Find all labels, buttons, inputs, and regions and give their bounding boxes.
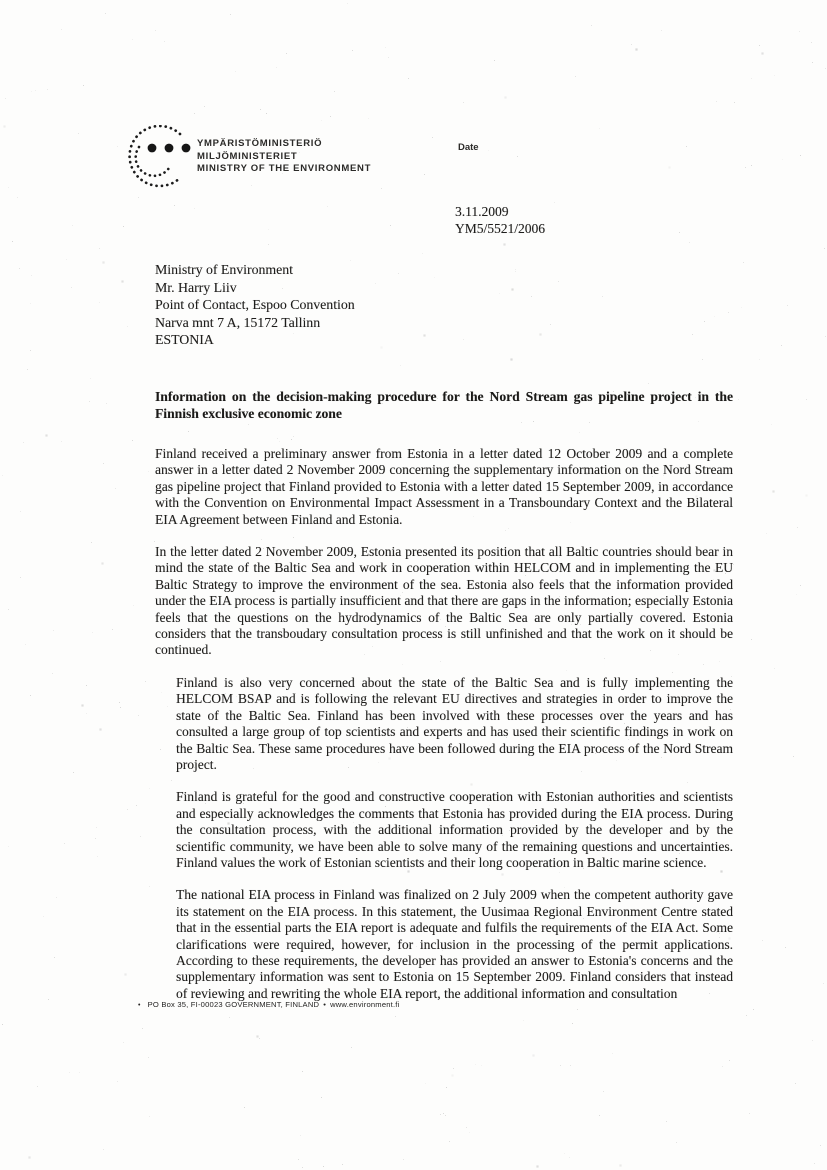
- reference-number: YM5/5521/2006: [455, 221, 545, 238]
- footer-website: www.environment.fi: [330, 1000, 399, 1009]
- footer-bullet-icon: •: [138, 1002, 148, 1009]
- recipient-line: Ministry of Environment: [155, 261, 355, 279]
- body-paragraph-indented: Finland is also very concerned about the…: [176, 675, 733, 773]
- spiral-dots-icon: [117, 125, 203, 193]
- recipient-address: Ministry of Environment Mr. Harry Liiv P…: [155, 261, 355, 349]
- letterhead-footer: •PO Box 35, FI-00023 GOVERNMENT, FINLAND…: [138, 1000, 400, 1009]
- org-name-english: MINISTRY OF THE ENVIRONMENT: [197, 163, 371, 176]
- body-paragraph-indented: The national EIA process in Finland was …: [176, 887, 733, 1002]
- letter-date: 3.11.2009: [455, 204, 545, 221]
- body-paragraph-indented: Finland is grateful for the good and con…: [176, 789, 733, 871]
- recipient-line: Mr. Harry Liiv: [155, 279, 355, 297]
- subject-line: Information on the decision-making proce…: [155, 388, 733, 422]
- recipient-line: Point of Contact, Espoo Convention: [155, 296, 355, 314]
- scanned-letter-page: YMPÄRISTÖMINISTERIÖ MILJÖMINISTERIET MIN…: [0, 0, 827, 1170]
- footer-separator-icon: •: [319, 1000, 330, 1009]
- scan-noise-overlay: [0, 0, 1, 1]
- footer-address: PO Box 35, FI-00023 GOVERNMENT, FINLAND: [148, 1000, 320, 1009]
- body-paragraph: Finland received a preliminary answer fr…: [155, 446, 733, 528]
- recipient-line: Narva mnt 7 A, 15172 Tallinn: [155, 314, 355, 332]
- recipient-line: ESTONIA: [155, 331, 355, 349]
- body-paragraph: In the letter dated 2 November 2009, Est…: [155, 544, 733, 659]
- ministry-of-environment-logo: [117, 125, 203, 193]
- date-reference-block: 3.11.2009 YM5/5521/2006: [455, 204, 545, 237]
- org-name-finnish: YMPÄRISTÖMINISTERIÖ: [197, 138, 371, 151]
- letterhead-org-names: YMPÄRISTÖMINISTERIÖ MILJÖMINISTERIET MIN…: [197, 138, 371, 176]
- date-label: Date: [458, 142, 479, 153]
- letter-body: Finland received a preliminary answer fr…: [155, 446, 733, 1002]
- org-name-swedish: MILJÖMINISTERIET: [197, 151, 371, 164]
